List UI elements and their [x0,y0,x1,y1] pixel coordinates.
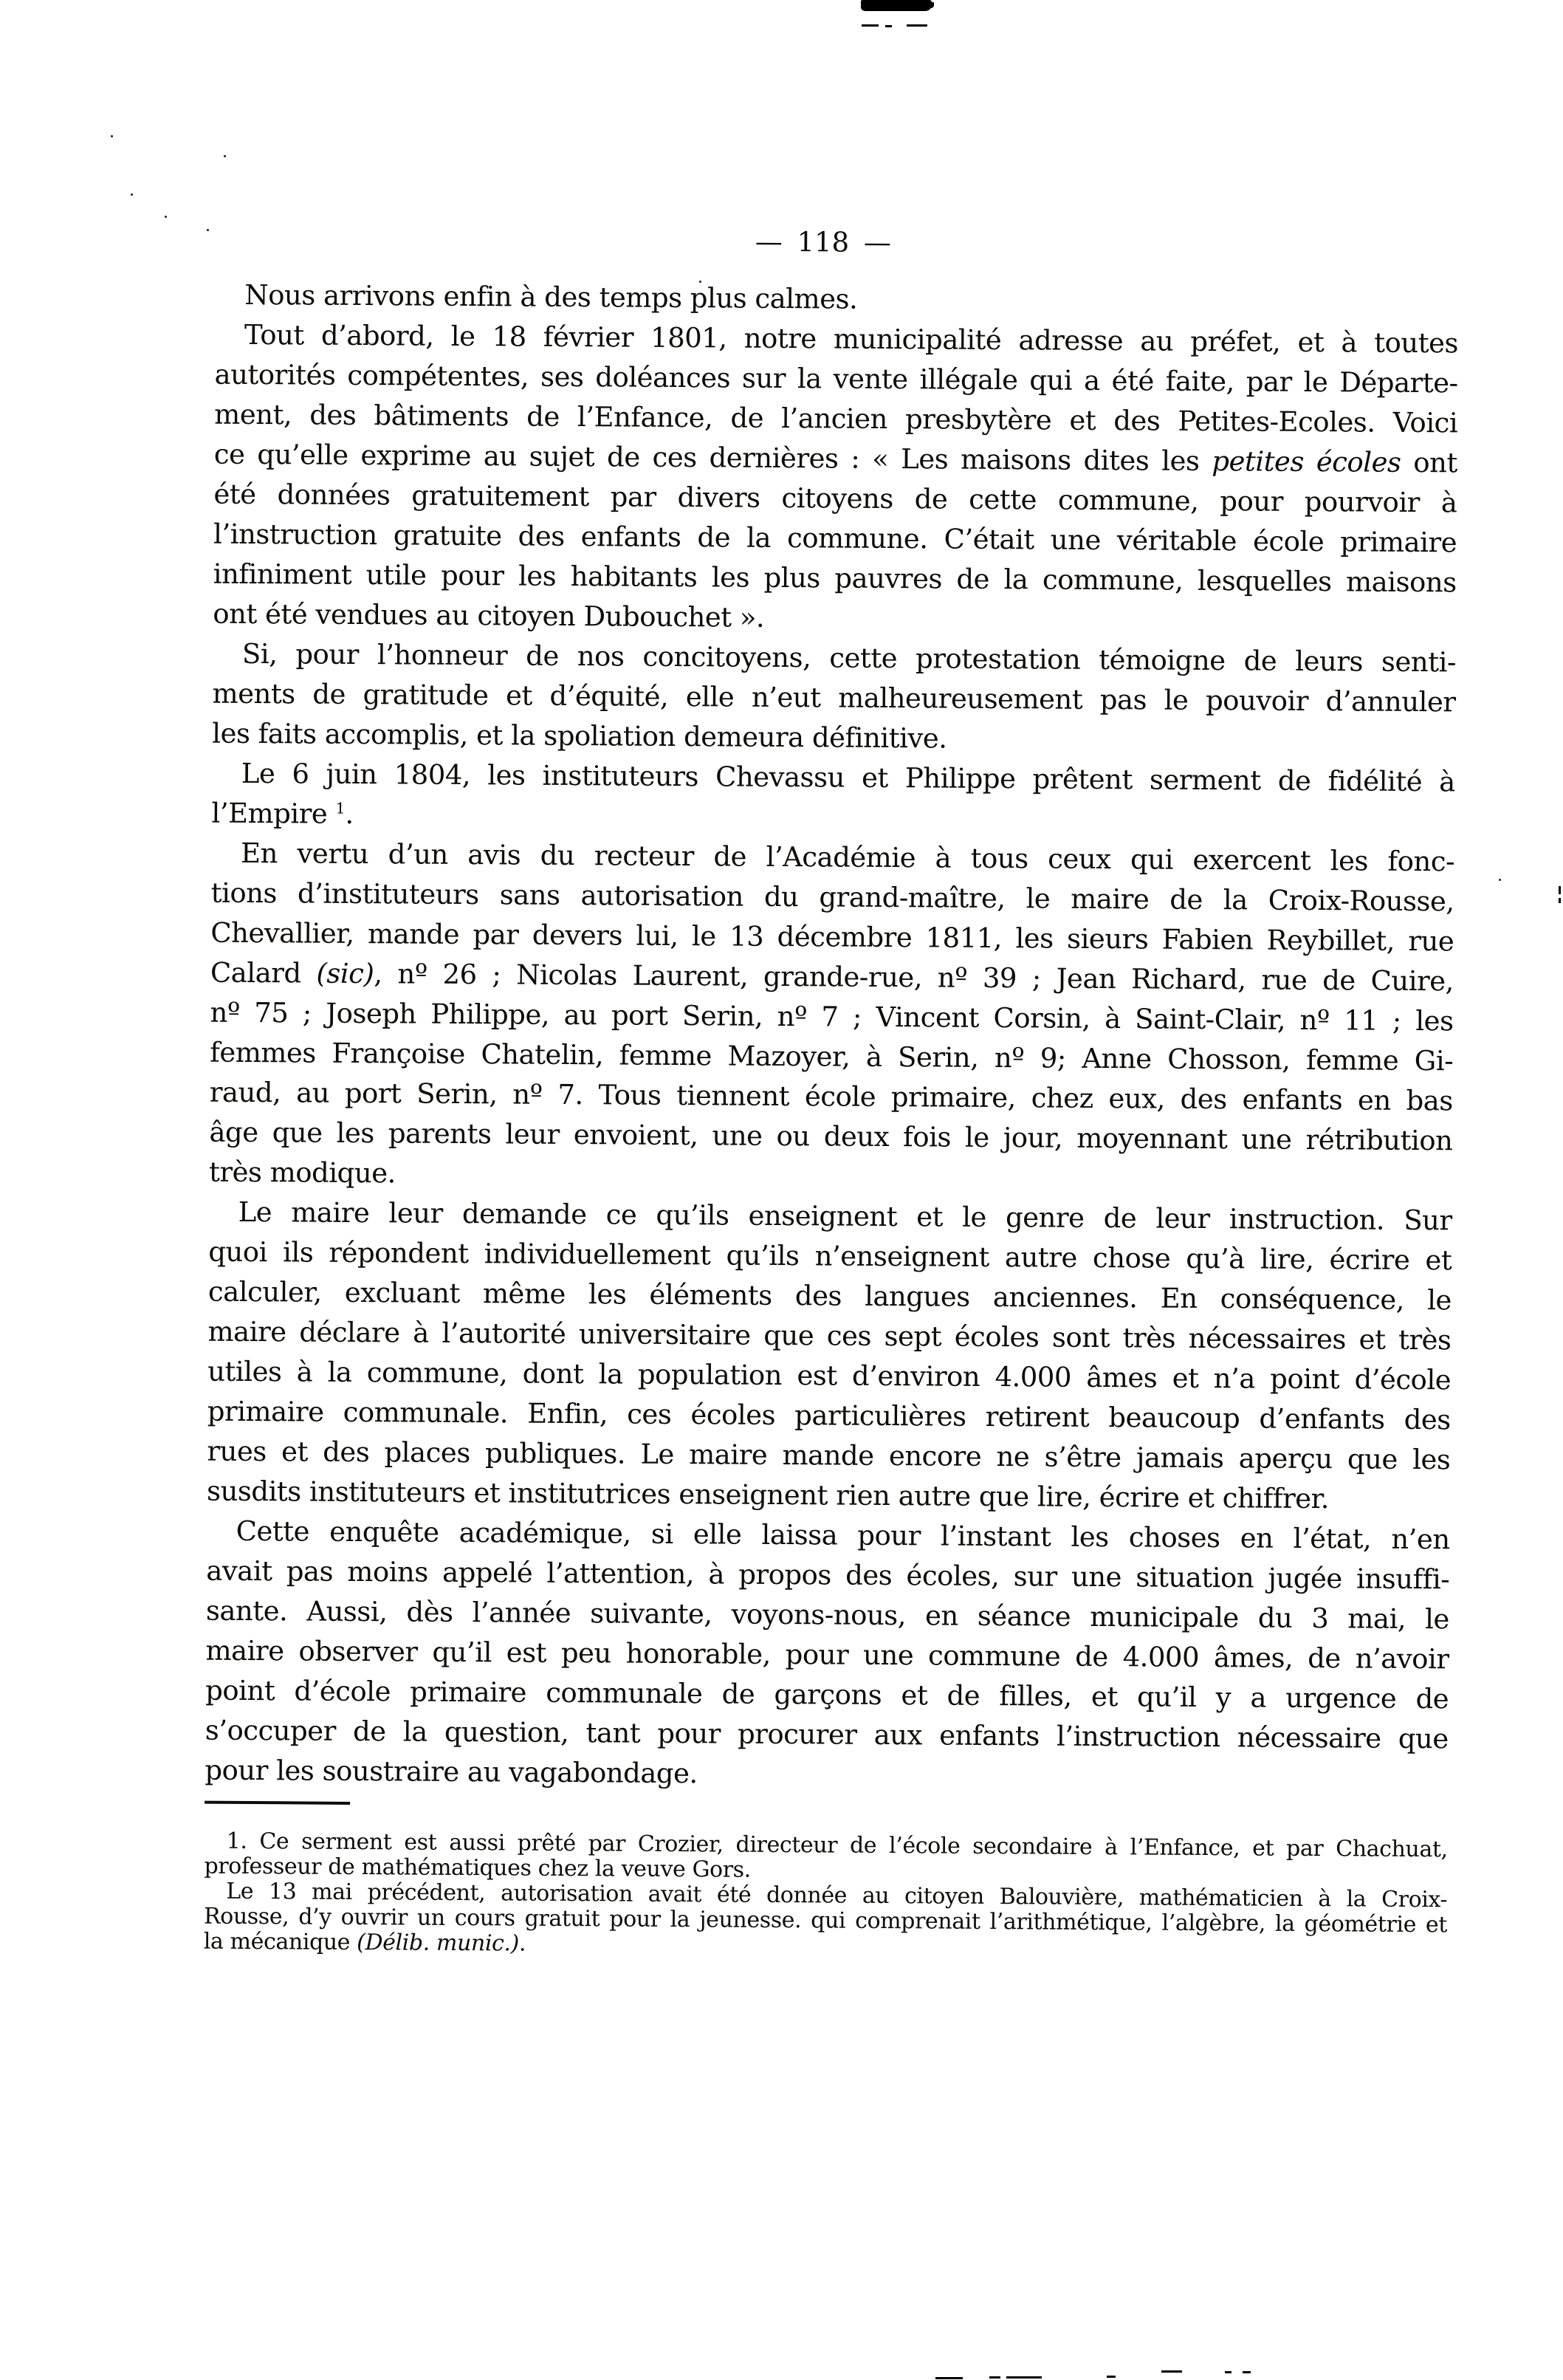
text-segment: calculer, excluant même les éléments des… [208,1276,1452,1317]
paragraph: En vertu d’un avis du recteur de l’Acadé… [209,834,1454,1201]
paragraph: Le maire leur demande ce qu’ils enseigne… [207,1193,1452,1520]
text-segment: utiles à la commune, dont la population … [207,1356,1451,1396]
text-segment: l’Empire [211,798,335,830]
footnote: 1. Ce serment est aussi prêté par Crozie… [204,1829,1448,1964]
scanned-book-page: — 118 — Nous arrivons enfin à des temps … [0,0,1563,2380]
text-segment: ment, des bâtiments de l’Enfance, de l’a… [214,399,1457,439]
paragraph: Si, pour l’honneur de nos concitoyens, c… [212,634,1456,763]
text-segment: la mécanique [204,1929,357,1955]
dust-speck [111,135,113,137]
text-segment: âge que les parents leur envoient, une o… [209,1117,1452,1157]
page-edge-artifact [1107,2376,1116,2378]
scan-skew-wrapper: — 118 — Nous arrivons enfin à des temps … [0,0,1563,2380]
page-edge-artifact [1161,2370,1182,2373]
text-segment: petites écoles [1212,445,1401,479]
text-segment: Si, pour l’honneur de nos concitoyens, c… [242,638,1456,678]
text-segment: raud, au port Serin, nº 7. Tous tiennent… [210,1077,1453,1117]
dust-speck [207,229,209,231]
ink-dash-artifact [885,25,892,27]
text-segment: Calard [210,957,317,990]
text-segment: sante. Aussi, dès l’année suivante, voyo… [206,1595,1449,1636]
dust-speck [131,193,133,196]
dust-speck [480,292,482,294]
paragraph: Tout d’abord, le 18 février 1801, notre … [213,315,1458,643]
text-segment: femmes Françoise Chatelin, femme Mazoyer… [210,1037,1453,1077]
dust-speck [699,281,701,283]
text-segment: susdits instituteurs et institutrices en… [207,1475,1329,1515]
ink-dash-artifact [907,24,927,27]
text-segment: tions d’instituteurs sans autorisation d… [211,877,1454,918]
paragraphs-container: Nous arrivons enfin à des temps plus cal… [205,275,1458,1800]
text-segment: primaire communale. Enfin, ces écoles pa… [207,1396,1451,1436]
footnote-divider [205,1801,350,1805]
text-segment: maire observer qu’il est peu honorable, … [205,1635,1449,1676]
text-segment: avait pas moins appelé l’attention, à pr… [206,1555,1449,1596]
text-segment: (Délib. munic.) [357,1930,519,1957]
text-segment: pour les soustraire au vagabondage. [205,1755,698,1790]
text-segment: maire déclare à l’autorité universitaire… [207,1316,1451,1357]
text-segment: été données gratuitement par divers cito… [213,479,1457,519]
ink-blot-artifact [927,2,934,8]
body-text: Nous arrivons enfin à des temps plus cal… [204,275,1459,1964]
text-segment: point d’école primaire communale de garç… [205,1675,1449,1715]
dust-speck [165,216,167,218]
text-segment: rues et des places publiques. Le maire m… [207,1436,1450,1476]
page-edge-artifact [1243,2371,1251,2373]
text-segment: Nous arrivons enfin à des temps plus cal… [244,279,857,315]
text-segment: Chevallier, mande par devers lui, le 13 … [210,917,1454,958]
text-segment: autorités compétentes, ses doléances sur… [214,359,1457,399]
text-segment: quoi ils répondent individuellement qu’i… [208,1236,1452,1277]
text-segment: 1 [335,799,345,817]
text-segment: s’occuper de la question, tant pour proc… [205,1715,1449,1755]
page-edge-artifact [1559,898,1561,903]
text-segment: ce qu’elle exprime au sujet de ces derni… [214,439,1212,477]
text-segment: nº 75 ; Joseph Philippe, au port Serin, … [210,997,1453,1038]
page-number: — 118 — [745,226,901,258]
page-edge-artifact [1559,886,1561,894]
page-edge-artifact [1225,2371,1231,2373]
paragraph: Le 6 juin 1804, les instituteurs Chevass… [211,754,1455,843]
paragraph: Cette enquête académique, si elle laissa… [205,1512,1450,1800]
page-edge-artifact [989,2376,1000,2379]
text-segment: infiniment utile pour les habitants les … [213,558,1457,599]
text-segment: très modique. [209,1156,396,1190]
text-segment: . [345,798,354,830]
text-segment: , nº 26 ; Nicolas Laurent, grande-rue, n… [374,958,1454,997]
ink-blot-artifact [861,0,932,11]
text-segment: En vertu d’un avis du recteur de l’Acadé… [241,837,1454,877]
ink-dash-artifact [862,24,879,27]
text-segment: les faits accomplis, et la spoliation de… [212,718,947,755]
page-edge-artifact [935,2377,963,2379]
dust-speck [1499,879,1501,881]
text-segment: ments de gratitude et d’équité, elle n’e… [212,678,1455,719]
text-segment: . [519,1931,526,1957]
text-segment: Tout d’abord, le 18 février 1801, notre … [244,319,1458,359]
text-segment: ont [1401,447,1457,479]
text-segment: (sic) [316,958,374,990]
dust-speck [224,155,226,157]
text-segment: l’instruction gratuite des enfants de la… [213,518,1457,559]
text-segment: Le maire leur demande ce qu’ils enseigne… [238,1196,1452,1236]
text-segment: ont été vendues au citoyen Dubouchet ». [213,598,764,634]
page-edge-artifact [1006,2376,1042,2379]
text-segment: Cette enquête académique, si elle laissa… [236,1515,1450,1555]
text-segment: Le 6 juin 1804, les instituteurs Chevass… [241,758,1455,798]
